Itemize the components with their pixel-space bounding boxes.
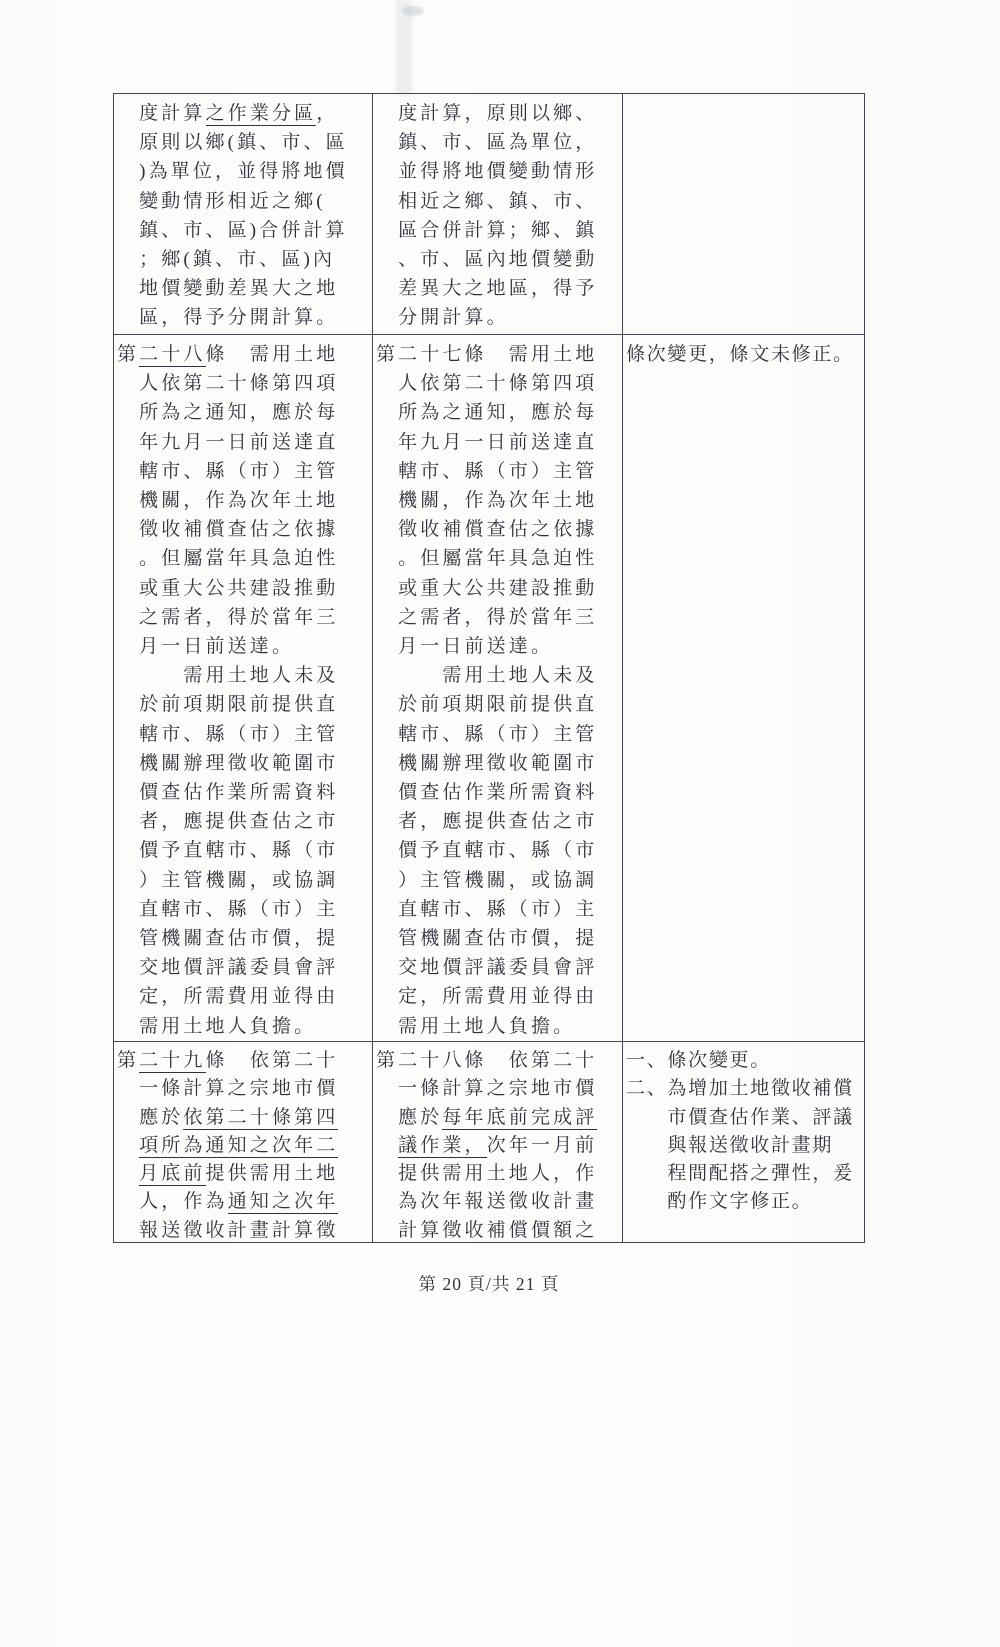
text-line: 徵收補償查估之依據	[376, 515, 621, 544]
table-row: 度計算之作業分區， 原則以鄉(鎮、市、區 )為單位，並得將地價 變動情形相近之鄉…	[114, 94, 864, 334]
text-line: 應於依第二十條第四	[117, 1104, 371, 1132]
text-line: 一條計算之宗地市價	[376, 1075, 621, 1103]
text-line: 為次年報送徵收計畫	[376, 1188, 621, 1216]
text-line: 管機關查估市價，提	[376, 924, 621, 953]
text-line: 轄市、縣（市）主管	[376, 457, 621, 486]
text-line: 、市、區內地價變動	[376, 245, 621, 274]
text-line: 鎮、市、區為單位，	[376, 128, 621, 157]
text-line: 與報送徵收計畫期	[626, 1132, 863, 1160]
text-line: 條次變更，條文未修正。	[626, 340, 863, 369]
text-line: 交地價評議委員會評	[376, 953, 621, 982]
text-line: 需用土地人負擔。	[376, 1012, 621, 1041]
text-line: 者，應提供查估之市	[117, 807, 371, 836]
scan-artifact-smudge	[402, 6, 424, 16]
text-line: 人依第二十條第四項	[117, 369, 371, 398]
text-line: 地價變動差異大之地	[117, 274, 371, 303]
text-line: 第二十七條 需用土地	[376, 340, 621, 369]
text-line: 議作業，次年一月前	[376, 1132, 621, 1160]
text-line: 第二十九條 依第二十	[117, 1047, 371, 1075]
text-line: 價予直轄市、縣（市	[376, 836, 621, 865]
text-line: 之需者，得於當年三	[376, 603, 621, 632]
table-cell: 第二十九條 依第二十 一條計算之宗地市價 應於依第二十條第四 項所為通知之次年二…	[114, 1042, 372, 1242]
text-line: 應於每年底前完成評	[376, 1104, 621, 1132]
text-line: 一條計算之宗地市價	[117, 1075, 371, 1103]
text-line: 項所為通知之次年二	[117, 1132, 371, 1160]
text-line: 二、為增加土地徵收補償	[626, 1075, 863, 1103]
text-line: 轄市、縣（市）主管	[376, 720, 621, 749]
text-line: 月一日前送達。	[376, 632, 621, 661]
text-line: 提供需用土地人，作	[376, 1160, 621, 1188]
text-line: ）主管機關，或協調	[376, 866, 621, 895]
underlined-amendment-text: 之作業分區	[206, 103, 317, 126]
text-line: ；鄉(鎮、市、區)內	[117, 245, 371, 274]
text-line: 報送徵收計畫計算徵	[117, 1217, 371, 1242]
text-line: 酌作文字修正。	[626, 1188, 863, 1216]
text-line: 需用土地人未及	[376, 661, 621, 690]
text-line: 機關辦理徵收範圍市	[117, 749, 371, 778]
text-line: 需用土地人未及	[117, 661, 371, 690]
comparison-table: 度計算之作業分區， 原則以鄉(鎮、市、區 )為單位，並得將地價 變動情形相近之鄉…	[113, 93, 865, 1243]
table-cell	[622, 94, 864, 334]
scanned-document-page: 度計算之作業分區， 原則以鄉(鎮、市、區 )為單位，並得將地價 變動情形相近之鄉…	[0, 0, 1000, 1647]
text-line: 第二十八條 需用土地	[117, 340, 371, 369]
text-line: 度計算之作業分區，	[117, 99, 371, 128]
table-cell: 度計算，原則以鄉、 鎮、市、區為單位， 並得將地價變動情形 相近之鄉、鎮、市、 …	[372, 94, 622, 334]
text-line: 定，所需費用並得由	[117, 982, 371, 1011]
text-line: 轄市、縣（市）主管	[117, 457, 371, 486]
text-line: 之需者，得於當年三	[117, 603, 371, 632]
text-line: 定，所需費用並得由	[376, 982, 621, 1011]
text-line: 原則以鄉(鎮、市、區	[117, 128, 371, 157]
text-line: 直轄市、縣（市）主	[117, 895, 371, 924]
text-line: 或重大公共建設推動	[376, 574, 621, 603]
text-line: 直轄市、縣（市）主	[376, 895, 621, 924]
text-line: 一、條次變更。	[626, 1047, 863, 1075]
text-line: 度計算，原則以鄉、	[376, 99, 621, 128]
text-line: 人，作為通知之次年	[117, 1188, 371, 1216]
text-line: )為單位，並得將地價	[117, 157, 371, 186]
underlined-amendment-text: 議作業，	[398, 1135, 487, 1158]
text-line: 程間配搭之彈性，爰	[626, 1160, 863, 1188]
table-cell: 第二十八條 需用土地 人依第二十條第四項 所為之通知，應於每 年九月一日前送達直…	[114, 335, 372, 1041]
underlined-amendment-text: 項所為通知之次年二	[139, 1135, 338, 1158]
table-cell: 第二十七條 需用土地 人依第二十條第四項 所為之通知，應於每 年九月一日前送達直…	[372, 335, 622, 1041]
text-line: 價查估作業所需資料	[376, 778, 621, 807]
text-line: 。但屬當年具急迫性	[376, 544, 621, 573]
text-line: 機關，作為次年土地	[117, 486, 371, 515]
text-line: 變動情形相近之鄉(	[117, 187, 371, 216]
table-cell: 第二十八條 依第二十 一條計算之宗地市價 應於每年底前完成評 議作業，次年一月前…	[372, 1042, 622, 1242]
text-line: 計算徵收補償價額之	[376, 1217, 621, 1242]
underlined-amendment-text: 二十八	[139, 344, 205, 367]
text-line: 機關，作為次年土地	[376, 486, 621, 515]
text-line: 並得將地價變動情形	[376, 157, 621, 186]
text-line: 市價查估作業、評議	[626, 1104, 863, 1132]
table-row: 第二十八條 需用土地 人依第二十條第四項 所為之通知，應於每 年九月一日前送達直…	[114, 334, 864, 1041]
text-line: 所為之通知，應於每	[376, 398, 621, 427]
text-line: 。但屬當年具急迫性	[117, 544, 371, 573]
text-line: 於前項期限前提供直	[117, 690, 371, 719]
text-line: 管機關查估市價，提	[117, 924, 371, 953]
table-cell: 度計算之作業分區， 原則以鄉(鎮、市、區 )為單位，並得將地價 變動情形相近之鄉…	[114, 94, 372, 334]
underlined-amendment-text: 通知之次年	[228, 1191, 339, 1214]
text-line: 價予直轄市、縣（市	[117, 836, 371, 865]
table-cell: 條次變更，條文未修正。	[622, 335, 864, 1041]
text-line: 月一日前送達。	[117, 632, 371, 661]
table-row: 第二十九條 依第二十 一條計算之宗地市價 應於依第二十條第四 項所為通知之次年二…	[114, 1041, 864, 1242]
text-line: 轄市、縣（市）主管	[117, 720, 371, 749]
table-cell: 一、條次變更。二、為增加土地徵收補償 市價查估作業、評議 與報送徵收計畫期 程間…	[622, 1042, 864, 1242]
text-line: ）主管機關，或協調	[117, 866, 371, 895]
page-number-footer: 第 20 頁/共 21 頁	[113, 1271, 865, 1296]
text-line: 價查估作業所需資料	[117, 778, 371, 807]
text-line: 年九月一日前送達直	[376, 428, 621, 457]
text-line: 徵收補償查估之依據	[117, 515, 371, 544]
underlined-amendment-text: 月底前	[139, 1163, 205, 1186]
text-line: 機關辦理徵收範圍市	[376, 749, 621, 778]
underlined-amendment-text: 每年底前完成評	[442, 1107, 597, 1130]
text-line: 者，應提供查估之市	[376, 807, 621, 836]
text-line: 分開計算。	[376, 303, 621, 332]
text-line: 月底前提供需用土地	[117, 1160, 371, 1188]
text-line: 於前項期限前提供直	[376, 690, 621, 719]
text-line: 相近之鄉、鎮、市、	[376, 187, 621, 216]
text-line: 第二十八條 依第二十	[376, 1047, 621, 1075]
text-line: 差異大之地區，得予	[376, 274, 621, 303]
text-line: 區，得予分開計算。	[117, 303, 371, 332]
text-line: 需用土地人負擔。	[117, 1012, 371, 1041]
text-line: 區合併計算；鄉、鎮	[376, 216, 621, 245]
underlined-amendment-text: 依第二十條第四	[183, 1107, 338, 1130]
underlined-amendment-text: 二十九	[139, 1050, 205, 1073]
text-line: 或重大公共建設推動	[117, 574, 371, 603]
text-line: 鎮、市、區)合併計算	[117, 216, 371, 245]
text-line: 人依第二十條第四項	[376, 369, 621, 398]
text-line: 所為之通知，應於每	[117, 398, 371, 427]
text-line: 年九月一日前送達直	[117, 428, 371, 457]
text-line: 交地價評議委員會評	[117, 953, 371, 982]
